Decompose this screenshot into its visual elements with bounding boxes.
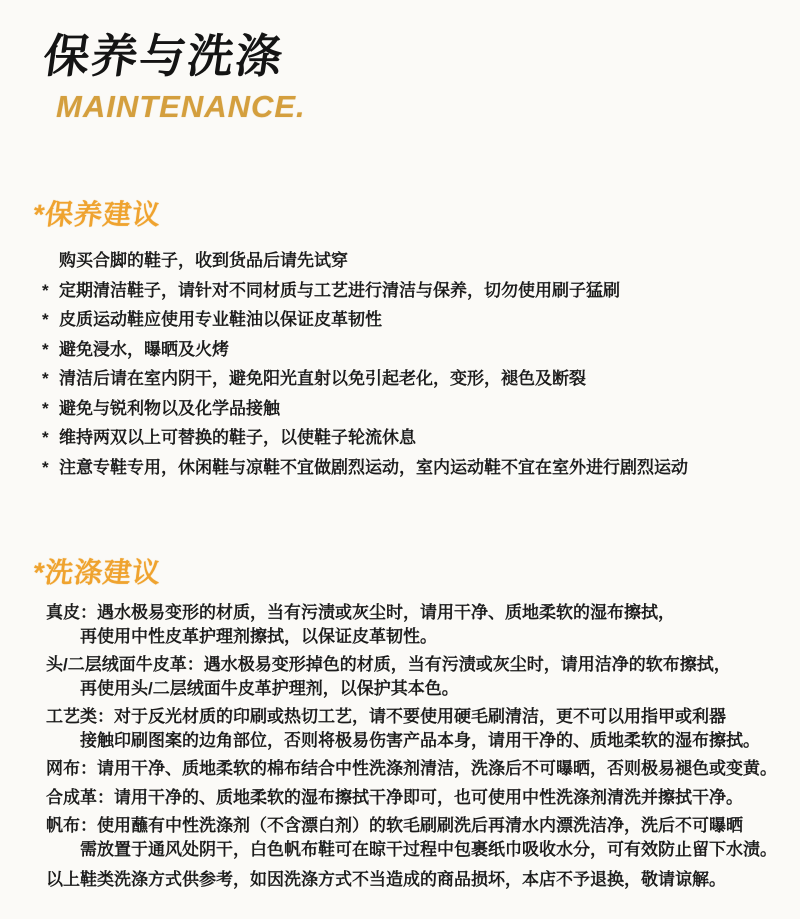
material-label: 头/二层绒面牛皮革：	[46, 655, 204, 674]
bullet-asterisk: *	[42, 453, 59, 483]
bullet-asterisk: *	[42, 364, 59, 394]
maintenance-section-heading: *保养建议	[31, 193, 164, 233]
maintenance-item: 购买合脚的鞋子，收到货品后请先试穿	[42, 246, 772, 276]
bullet-asterisk: *	[42, 423, 59, 453]
washing-item-synthetic-leather: 合成革：请用干净的、质地柔软的湿布擦拭干净即可，也可使用中性洗涤剂清洗并擦拭干净…	[46, 786, 771, 810]
maintenance-item-text: 避免浸水，曝晒及火烤	[59, 335, 229, 365]
page-header: 保养与洗涤 MAINTENANCE.	[40, 30, 306, 125]
material-label: 真皮：	[46, 603, 97, 622]
washing-item-text: 使用蘸有中性洗涤剂（不含漂白剂）的软毛刷刷洗后再清水内漂洗洁净，洗后不可曝晒	[97, 816, 743, 835]
washing-item-line1: 真皮：遇水极易变形的材质，当有污渍或灰尘时，请用干净、质地柔软的湿布擦拭，	[46, 601, 771, 625]
washing-section-heading: *洗涤建议	[31, 551, 164, 591]
washing-item-text: 对于反光材质的印刷或热切工艺，请不要使用硬毛刷清洁，更不可以用指甲或利器	[114, 707, 726, 726]
washing-item-line1: 合成革：请用干净的、质地柔软的湿布擦拭干净即可，也可使用中性洗涤剂清洗并擦拭干净…	[46, 786, 771, 810]
washing-item-line2: 再使用头/二层绒面牛皮革护理剂，以保护其本色。	[80, 677, 771, 701]
maintenance-item-text: 避免与锐利物以及化学品接触	[59, 394, 280, 424]
bullet-asterisk: *	[42, 276, 59, 306]
washing-item-text: 遇水极易变形掉色的材质，当有污渍或灰尘时，请用洁净的软布擦拭，	[204, 655, 731, 674]
page-subtitle: MAINTENANCE.	[56, 89, 306, 125]
maintenance-item: * 避免浸水，曝晒及火烤	[42, 335, 772, 365]
washing-item-canvas: 帆布：使用蘸有中性洗涤剂（不含漂白剂）的软毛刷刷洗后再清水内漂洗洁净，洗后不可曝…	[46, 814, 771, 861]
maintenance-item-text: 注意专鞋专用，休闲鞋与凉鞋不宜做剧烈运动，室内运动鞋不宜在室外进行剧烈运动	[59, 453, 688, 483]
material-label: 帆布：	[46, 816, 97, 835]
care-instructions-page: 保养与洗涤 MAINTENANCE. *保养建议 购买合脚的鞋子，收到货品后请先…	[0, 0, 800, 919]
bullet-asterisk: *	[42, 305, 59, 335]
maintenance-list: 购买合脚的鞋子，收到货品后请先试穿 * 定期清洁鞋子，请针对不同材质与工艺进行清…	[42, 246, 772, 482]
page-title: 保养与洗涤	[40, 30, 313, 83]
washing-item-line2: 再使用中性皮革护理剂擦拭，以保证皮革韧性。	[80, 625, 771, 649]
material-label: 工艺类：	[46, 707, 114, 726]
washing-item-line1: 头/二层绒面牛皮革：遇水极易变形掉色的材质，当有污渍或灰尘时，请用洁净的软布擦拭…	[46, 653, 771, 677]
maintenance-item-text: 维持两双以上可替换的鞋子，以使鞋子轮流休息	[59, 423, 416, 453]
washing-item-line1: 帆布：使用蘸有中性洗涤剂（不含漂白剂）的软毛刷刷洗后再清水内漂洗洁净，洗后不可曝…	[46, 814, 771, 838]
maintenance-item-text: 定期清洁鞋子，请针对不同材质与工艺进行清洁与保养，切勿使用刷子猛刷	[59, 276, 620, 306]
washing-item-genuine-leather: 真皮：遇水极易变形的材质，当有污渍或灰尘时，请用干净、质地柔软的湿布擦拭， 再使…	[46, 601, 771, 648]
maintenance-item: * 维持两双以上可替换的鞋子，以使鞋子轮流休息	[42, 423, 772, 453]
bullet-asterisk: *	[42, 335, 59, 365]
disclaimer-note: 以上鞋类洗涤方式供参考，如因洗涤方式不当造成的商品损坏，本店不予退换，敬请谅解。	[46, 868, 771, 892]
maintenance-item-text: 购买合脚的鞋子，收到货品后请先试穿	[59, 246, 348, 276]
washing-item-suede-cowhide: 头/二层绒面牛皮革：遇水极易变形掉色的材质，当有污渍或灰尘时，请用洁净的软布擦拭…	[46, 653, 771, 700]
washing-item-line1: 网布：请用干净、质地柔软的棉布结合中性洗涤剂清洁，洗涤后不可曝晒，否则极易褪色或…	[46, 757, 771, 781]
washing-item-text: 请用干净的、质地柔软的湿布擦拭干净即可，也可使用中性洗涤剂清洗并擦拭干净。	[114, 788, 743, 807]
maintenance-item-text: 皮质运动鞋应使用专业鞋油以保证皮革韧性	[59, 305, 382, 335]
washing-item-craft-print: 工艺类：对于反光材质的印刷或热切工艺，请不要使用硬毛刷清洁，更不可以用指甲或利器…	[46, 705, 771, 752]
maintenance-item: * 避免与锐利物以及化学品接触	[42, 394, 772, 424]
washing-list: 真皮：遇水极易变形的材质，当有污渍或灰尘时，请用干净、质地柔软的湿布擦拭， 再使…	[46, 601, 771, 892]
maintenance-item-text: 清洁后请在室内阴干，避免阳光直射以免引起老化，变形，褪色及断裂	[59, 364, 586, 394]
maintenance-item: * 皮质运动鞋应使用专业鞋油以保证皮革韧性	[42, 305, 772, 335]
material-label: 网布：	[46, 759, 97, 778]
washing-item-text: 遇水极易变形的材质，当有污渍或灰尘时，请用干净、质地柔软的湿布擦拭，	[97, 603, 675, 622]
washing-item-line2: 需放置于通风处阴干，白色帆布鞋可在晾干过程中包裹纸巾吸收水分，可有效防止留下水渍…	[80, 838, 771, 862]
washing-item-line1: 工艺类：对于反光材质的印刷或热切工艺，请不要使用硬毛刷清洁，更不可以用指甲或利器	[46, 705, 771, 729]
washing-item-text: 请用干净、质地柔软的棉布结合中性洗涤剂清洁，洗涤后不可曝晒，否则极易褪色或变黄。	[97, 759, 777, 778]
maintenance-item: * 清洁后请在室内阴干，避免阳光直射以免引起老化，变形，褪色及断裂	[42, 364, 772, 394]
washing-item-line2: 接触印刷图案的边角部位，否则将极易伤害产品本身，请用干净的、质地柔软的湿布擦拭。	[80, 729, 771, 753]
bullet-asterisk: *	[42, 394, 59, 424]
material-label: 合成革：	[46, 788, 114, 807]
maintenance-item: * 注意专鞋专用，休闲鞋与凉鞋不宜做剧烈运动，室内运动鞋不宜在室外进行剧烈运动	[42, 453, 772, 483]
maintenance-item: * 定期清洁鞋子，请针对不同材质与工艺进行清洁与保养，切勿使用刷子猛刷	[42, 276, 772, 306]
washing-item-mesh: 网布：请用干净、质地柔软的棉布结合中性洗涤剂清洁，洗涤后不可曝晒，否则极易褪色或…	[46, 757, 771, 781]
